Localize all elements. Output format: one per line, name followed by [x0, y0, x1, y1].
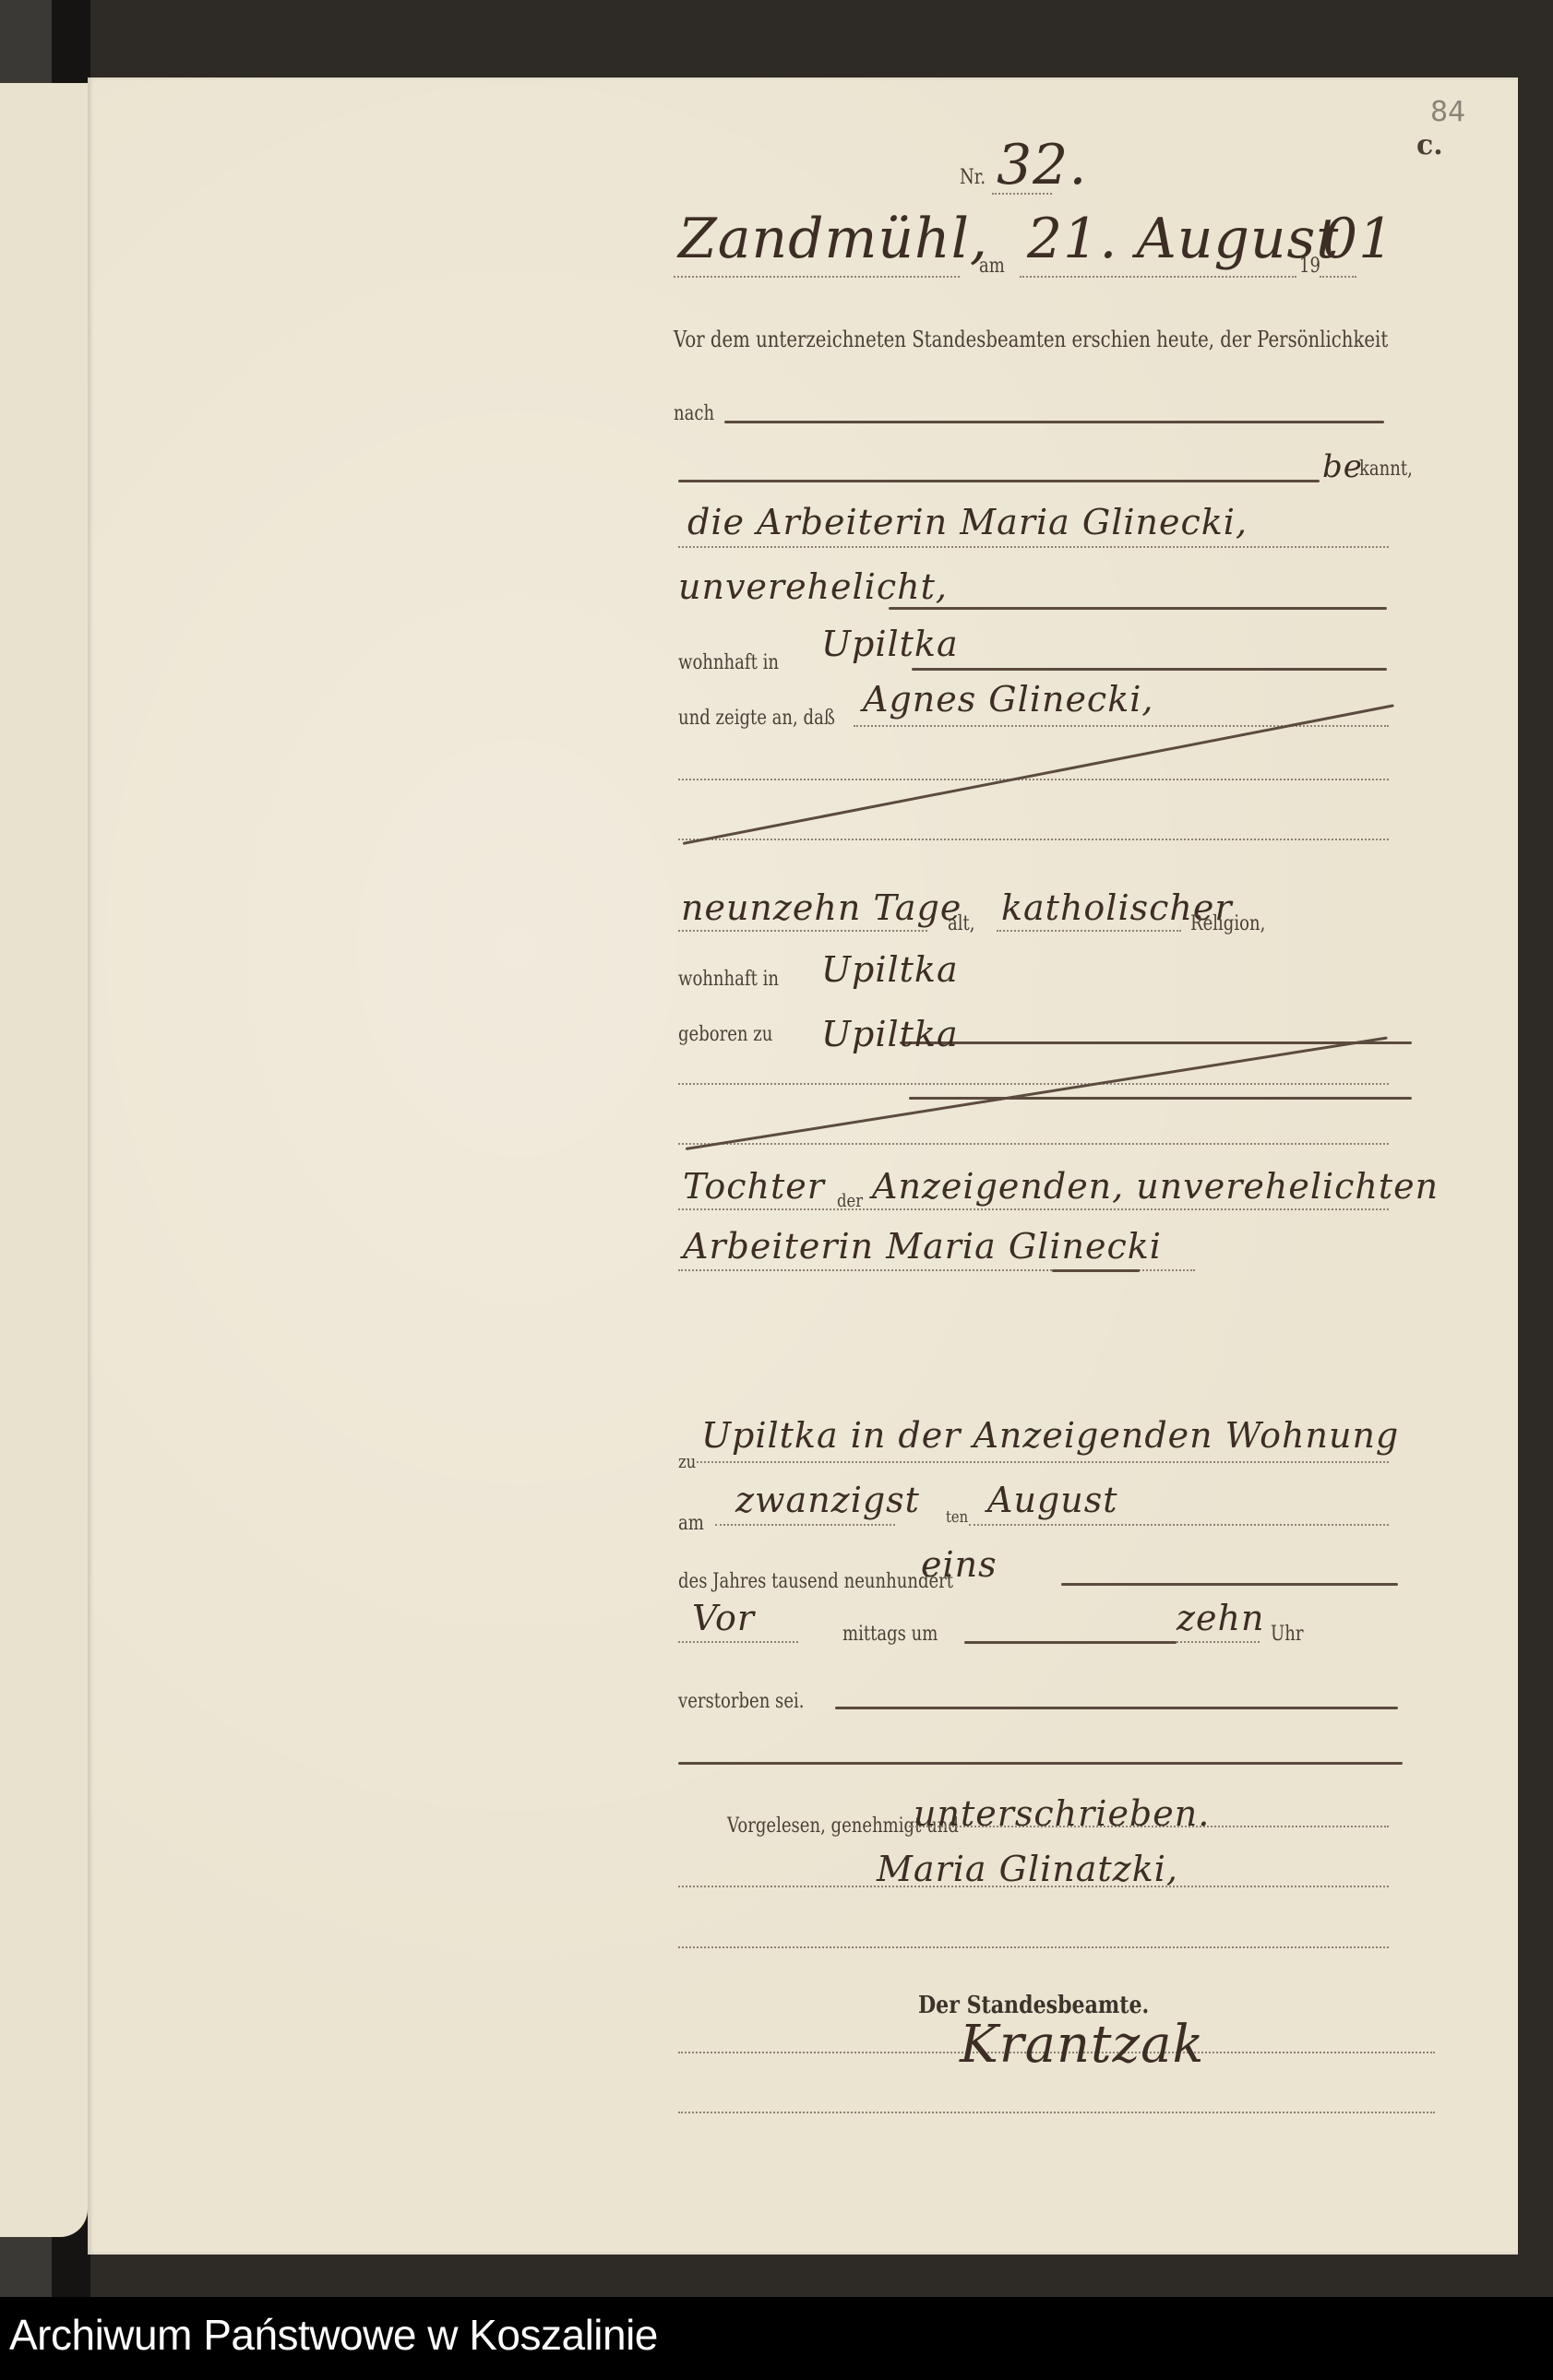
parents-line2-fill — [1052, 1269, 1140, 1272]
deceased-residence: Upiltka — [821, 949, 959, 990]
nach-line — [724, 421, 1384, 423]
strike-through-2 — [686, 1037, 1388, 1150]
am-label: am — [979, 255, 1005, 278]
death-year-word: eins — [921, 1544, 998, 1585]
date-line — [1020, 276, 1296, 278]
death-place-line — [697, 1461, 1389, 1463]
bekannt-label: kannt, — [1359, 458, 1413, 481]
hour-line-dots — [1177, 1641, 1260, 1643]
religion-line — [997, 930, 1181, 932]
archive-footer: Archiwum Państwowe w Koszalinie — [0, 2297, 1553, 2380]
deceased-name: Agnes Glinecki, — [863, 679, 1153, 720]
pencil-folio-number: 84 — [1430, 96, 1465, 128]
age-line — [678, 930, 927, 932]
mother-name: Arbeiterin Maria Glinecki — [683, 1226, 1162, 1267]
birthplace: Upiltka — [821, 1014, 959, 1054]
parents-der-label: der — [837, 1189, 863, 1211]
parents-line1 — [678, 1208, 1389, 1210]
nach-label: nach — [674, 402, 714, 425]
verstorben-label: verstorben sei. — [678, 1690, 805, 1713]
record-date: 21. August — [1027, 207, 1339, 271]
vor-line — [678, 1641, 798, 1643]
year-prefix: 19 — [1299, 255, 1320, 278]
closing-line — [678, 1762, 1403, 1765]
death-place: Upiltka in der Anzeigenden Wohnung — [701, 1415, 1399, 1456]
place-name: Zandmühl, — [678, 207, 988, 271]
archive-name: Archiwum Państwowe w Koszalinie — [9, 2310, 658, 2360]
blank-line-3 — [678, 1083, 1389, 1085]
deceased-wohnhaft-label: wohnhaft in — [678, 968, 779, 991]
official-signature: Krantzak — [960, 2015, 1204, 2075]
informant-signature: Maria Glinatzki, — [877, 1849, 1178, 1889]
vor-nach: Vor — [692, 1598, 755, 1638]
death-hour: zehn — [1177, 1598, 1264, 1638]
year-line-2 — [1061, 1583, 1398, 1586]
record-number: 32. — [997, 133, 1087, 197]
verstorben-line — [835, 1707, 1398, 1709]
informant-status: unverehelicht, — [678, 566, 948, 607]
bekannt-line — [678, 480, 1320, 482]
informant-line1 — [678, 546, 1389, 548]
mittags-label: mittags um — [842, 1623, 938, 1646]
informant-residence: Upiltka — [821, 624, 959, 664]
death-day: zwanzigst — [735, 1480, 920, 1520]
residence-line — [912, 668, 1387, 671]
blank-signature-line — [678, 1946, 1389, 1948]
year-line — [1320, 276, 1356, 278]
deceased-line — [854, 725, 1389, 727]
hour-line — [964, 1641, 1177, 1644]
blank-line-1 — [678, 779, 1389, 780]
geboren-label: geboren zu — [678, 1023, 772, 1046]
parents-daughter: Tochter — [683, 1166, 825, 1207]
informant-name: die Arbeiterin Maria Glinecki, — [687, 502, 1248, 542]
death-month-line — [969, 1524, 1389, 1526]
jahres-label: des Jahres tausend neunhundert — [678, 1570, 953, 1593]
religion-label: Religion, — [1190, 912, 1265, 935]
stamp-mark: c. — [1416, 129, 1443, 161]
uhr-label: Uhr — [1271, 1623, 1303, 1646]
informant-line2 — [889, 607, 1387, 610]
year-suffix: 01 — [1322, 207, 1394, 271]
alt-label: alt, — [948, 912, 975, 935]
death-day-line — [715, 1524, 895, 1526]
parents-description: Anzeigenden, unverehelichten — [872, 1166, 1439, 1207]
bekannt-handwritten: be — [1322, 448, 1363, 485]
nr-label: Nr. — [960, 166, 986, 189]
zu-label: zu — [678, 1450, 696, 1472]
death-month: August — [987, 1480, 1118, 1520]
blank-line-final — [678, 2112, 1435, 2113]
ten-label: ten — [946, 1507, 968, 1527]
intro-text: Vor dem unterzeichneten Standesbeamten e… — [674, 327, 1388, 352]
wohnhaft-label: wohnhaft in — [678, 651, 779, 674]
facing-page-edge — [0, 83, 88, 2237]
zeigte-label: und zeigte an, daß — [678, 707, 835, 730]
am2-label: am — [678, 1512, 704, 1535]
document-page: c. 84 Nr. 32. Zandmühl, am 21. August 19… — [88, 77, 1518, 2255]
place-line — [674, 276, 960, 278]
blank-line-2 — [678, 839, 1389, 840]
unterschrieben-text: unterschrieben. — [914, 1793, 1210, 1834]
deceased-age: neunzehn Tage — [681, 887, 962, 928]
blank-line-4 — [678, 1143, 1389, 1145]
